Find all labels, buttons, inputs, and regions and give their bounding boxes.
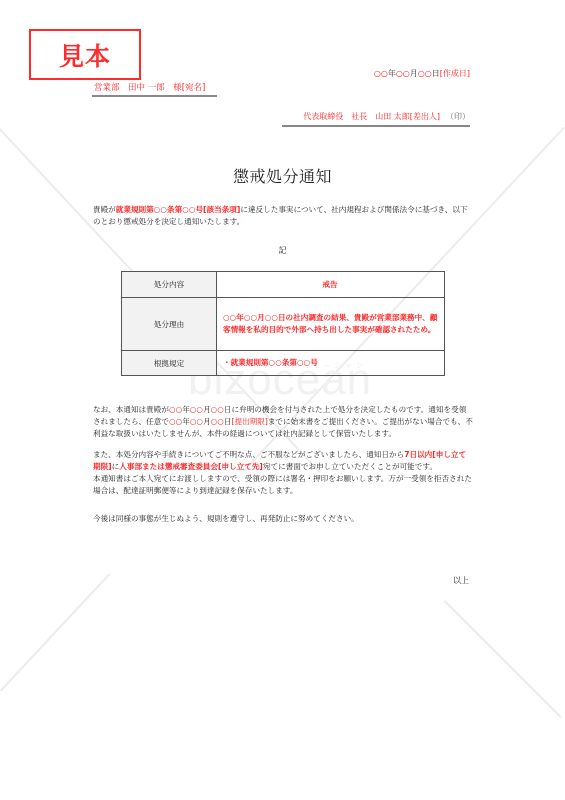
end-mark: 以上	[453, 575, 469, 586]
sample-stamp: 見本	[29, 29, 141, 80]
row-label: 処分理由	[122, 298, 217, 351]
disciplinary-details-table: 処分内容 戒告 処分理由 ○○年○○月○○日の社内調査の結果、貴殿が営業部業務中…	[121, 271, 445, 376]
closing-line: 今後は同様の事態が生じぬよう、規則を遵守し、再発防止に努めてください。	[93, 513, 473, 525]
appeal-paragraph: また、本処分内容や手続きについてご不明な点、ご不服などがございましたら、通知日か…	[93, 449, 473, 497]
row-label: 根拠規定	[122, 351, 217, 376]
table-row: 根拠規定 ・就業規則第○○条第○○号	[122, 351, 445, 376]
notice-paragraph: なお、本通知は貴殿が○○年○○月○○日に弁明の機会を付与された上で処分を決定した…	[93, 404, 473, 440]
watermark-line	[0, 573, 111, 691]
row-value: ・就業規則第○○条第○○号	[217, 351, 445, 376]
table-row: 処分理由 ○○年○○月○○日の社内調査の結果、貴殿が営業部業務中、顧客情報を私的…	[122, 298, 445, 351]
table-row: 処分内容 戒告	[122, 272, 445, 298]
intro-paragraph: 貴殿が就業規則第○○条第○○号[該当条項]に違反した事実について、社内規程および…	[93, 204, 473, 228]
sender-name: 代表取締役 社長 山田 太郎[差出人]	[303, 112, 440, 121]
ki-heading: 記	[0, 245, 565, 256]
row-value: 戒告	[217, 272, 445, 298]
sender-line: 代表取締役 社長 山田 太郎[差出人]（印）	[282, 111, 470, 127]
watermark-line	[444, 600, 562, 718]
creation-date: ○○年○○月○○日[作成日]	[374, 68, 470, 79]
seal-mark: （印）	[446, 112, 470, 121]
document-title: 懲戒処分通知	[0, 164, 565, 187]
recipient-line: 営業部 田中 一郎 様[宛名]	[92, 81, 217, 97]
row-value: ○○年○○月○○日の社内調査の結果、貴殿が営業部業務中、顧客情報を私的目的で外部…	[217, 298, 445, 351]
row-label: 処分内容	[122, 272, 217, 298]
